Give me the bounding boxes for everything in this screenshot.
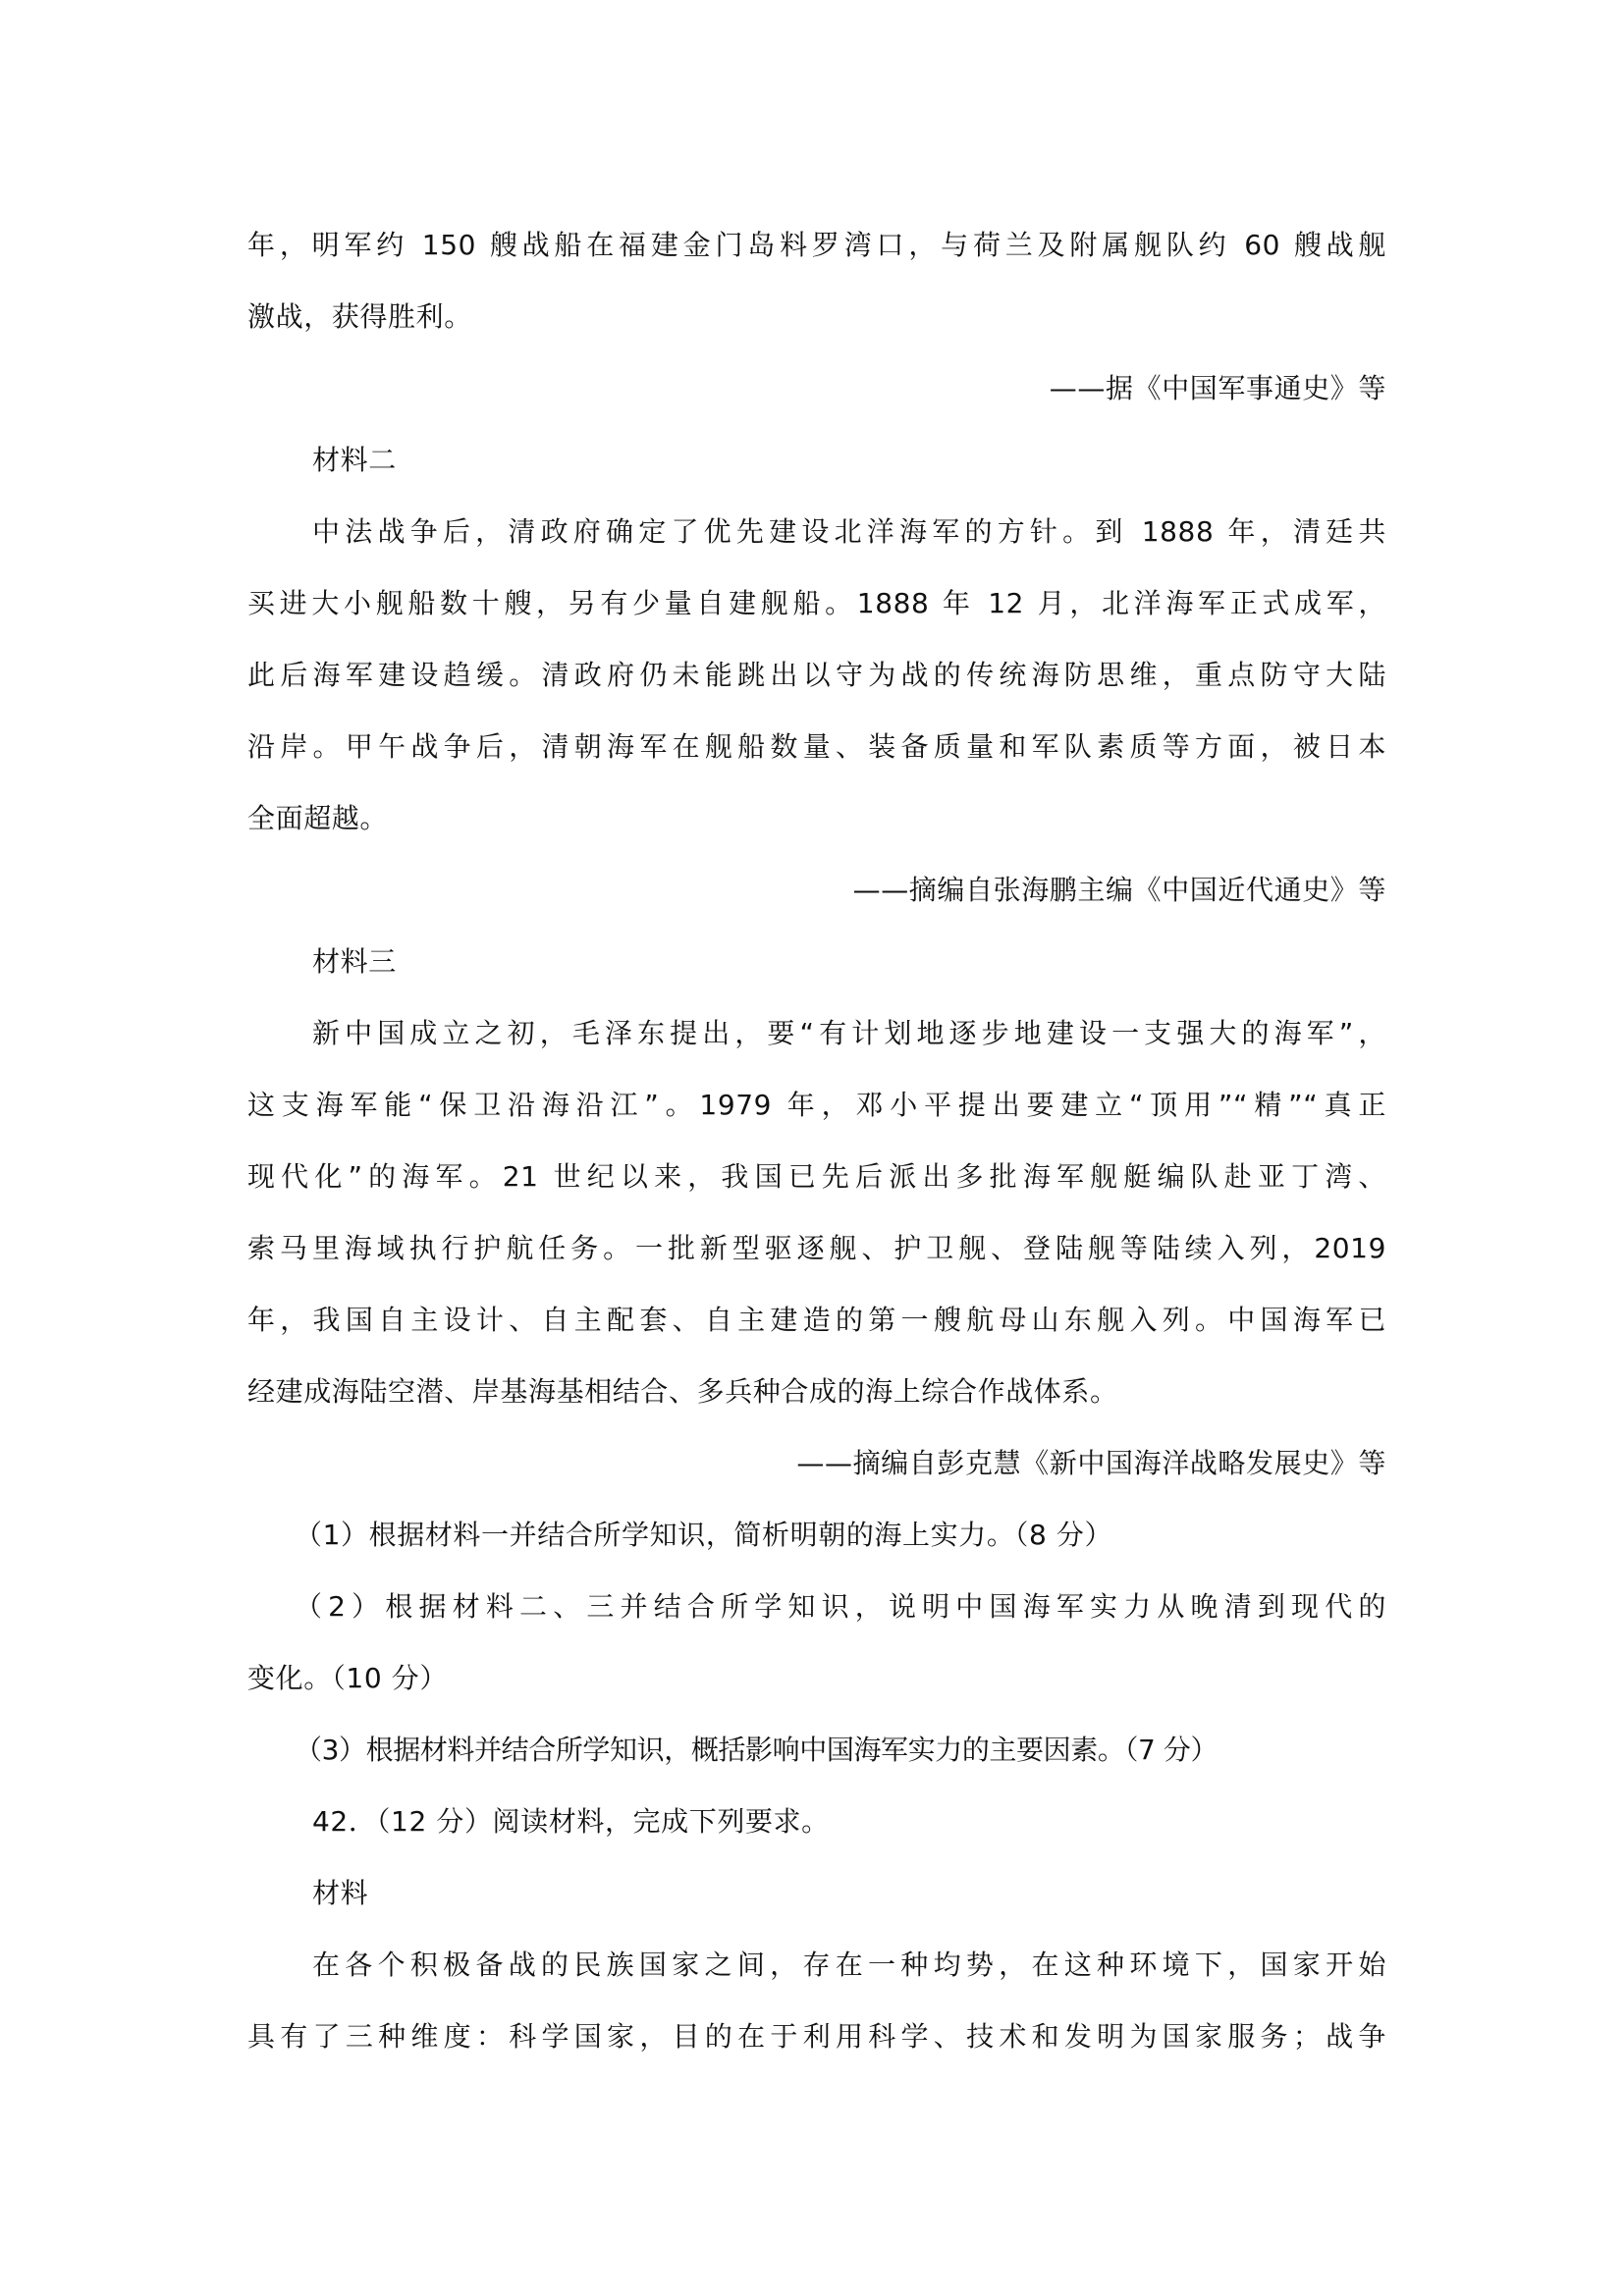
- document-page: 年，明军约 150 艘战船在福建金门岛料罗湾口，与荷兰及附属舰队约 60 艘战舰…: [0, 0, 1624, 2296]
- material3-line-2: 这支海军能“保卫沿海沿江”。1979 年，邓小平提出要建立“顶用”“精”“真正: [247, 1088, 1386, 1123]
- material2-line-5: 全面超越。: [247, 801, 1386, 836]
- material3-line-3: 现代化”的海军。21 世纪以来，我国已先后派出多批海军舰艇编队赴亚丁湾、: [247, 1159, 1386, 1195]
- question-41-2-line-2: 变化。（10 分）: [247, 1661, 1386, 1696]
- question-41-3: （3）根据材料并结合所学知识，概括影响中国海军实力的主要因素。（7 分）: [295, 1733, 1386, 1768]
- material3-line-4: 索马里海域执行护航任务。一批新型驱逐舰、护卫舰、登陆舰等陆续入列，2019: [247, 1231, 1386, 1266]
- question-41-2-line-1: （2）根据材料二、三并结合所学知识，说明中国海军实力从晚清到现代的: [295, 1589, 1386, 1625]
- question-42-title: 42．（12 分）阅读材料，完成下列要求。: [312, 1804, 1386, 1840]
- material3-line-6: 经建成海陆空潜、岸基海基相结合、多兵种合成的海上综合作战体系。: [247, 1374, 1386, 1410]
- question-42-line-1: 在各个积极备战的民族国家之间，存在一种均势，在这种环境下，国家开始: [312, 1948, 1386, 1983]
- material2-line-1: 中法战争后，清政府确定了优先建设北洋海军的方针。到 1888 年，清廷共: [312, 514, 1386, 550]
- material2-source: ——摘编自张海鹏主编《中国近代通史》等: [247, 873, 1386, 908]
- material1-line-2: 激战，获得胜利。: [247, 299, 1386, 335]
- material1-source: ——据《中国军事通史》等: [247, 371, 1386, 406]
- material3-source: ——摘编自彭克慧《新中国海洋战略发展史》等: [247, 1446, 1386, 1481]
- question-42-line-2: 具有了三种维度：科学国家，目的在于利用科学、技术和发明为国家服务；战争: [247, 2019, 1386, 2055]
- material3-line-5: 年，我国自主设计、自主配套、自主建造的第一艘航母山东舰入列。中国海军已: [247, 1303, 1386, 1338]
- material2-heading: 材料二: [312, 443, 1386, 478]
- material2-line-2: 买进大小舰船数十艘，另有少量自建舰船。1888 年 12 月，北洋海军正式成军，: [247, 586, 1386, 621]
- material1-line-1: 年，明军约 150 艘战船在福建金门岛料罗湾口，与荷兰及附属舰队约 60 艘战舰: [247, 228, 1386, 263]
- material3-line-1: 新中国成立之初，毛泽东提出，要“有计划地逐步地建设一支强大的海军”，: [312, 1016, 1386, 1051]
- question-42-material-heading: 材料: [312, 1876, 1386, 1911]
- material3-heading: 材料三: [312, 944, 1386, 980]
- question-41-1: （1）根据材料一并结合所学知识，简析明朝的海上实力。（8 分）: [295, 1518, 1369, 1553]
- material2-line-3: 此后海军建设趋缓。清政府仍未能跳出以守为战的传统海防思维，重点防守大陆: [247, 658, 1386, 693]
- material2-line-4: 沿岸。甲午战争后，清朝海军在舰船数量、装备质量和军队素质等方面，被日本: [247, 729, 1386, 765]
